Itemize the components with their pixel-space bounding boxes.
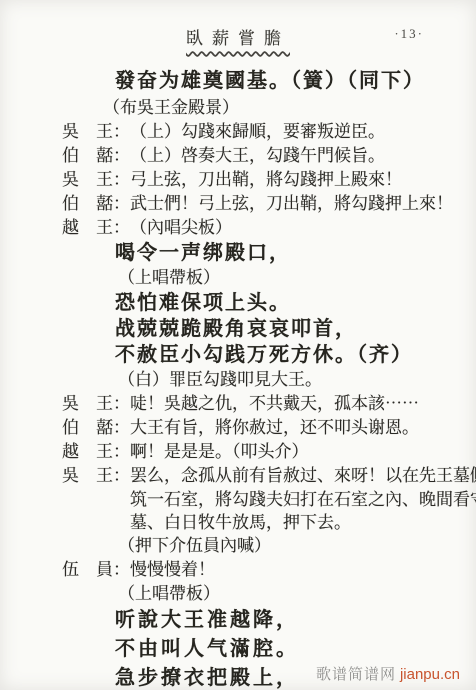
sung-line: 恐怕难保项上头。 xyxy=(0,290,476,316)
line-text: 不赦臣小勾践万死方休。（齐） xyxy=(115,344,413,366)
line-text: 啊！是是是。（叩头介） xyxy=(130,442,309,461)
script-line: 伯 嚭：（上）啓奏大王，勾踐午門候旨。 xyxy=(0,144,476,168)
script-line-continuation: 墓、白日牧牛放馬，押下去。 xyxy=(0,511,476,534)
sung-line: 不赦臣小勾践万死方休。（齐） xyxy=(0,342,476,368)
line-text: （上唱帶板） xyxy=(118,584,220,603)
line-text: （內唱尖板） xyxy=(130,218,232,237)
line-text: 唗！吳越之仇，不共戴天，孤本該⋯⋯ xyxy=(130,394,419,413)
line-text: 喝令一声绑殿口， xyxy=(115,242,291,264)
stage-direction: （白）罪臣勾踐叩見大王。 xyxy=(0,368,476,392)
script-line: 吳 王：弓上弦，刀出鞘，將勾踐押上殿來！ xyxy=(0,168,476,192)
line-text: 恐怕难保项上头。 xyxy=(115,292,291,314)
stage-direction: （布吳王金殿景） xyxy=(0,96,476,120)
speaker-label: 伍 員： xyxy=(62,558,130,582)
stage-direction: （上唱帶板） xyxy=(0,582,476,606)
line-text: （布吳王金殿景） xyxy=(103,98,239,117)
line-text: （上）啓奏大王，勾踐午門候旨。 xyxy=(130,146,385,165)
page-header: 臥薪嘗膽 ·13· xyxy=(0,24,476,58)
line-text: 武士們！弓上弦，刀出鞘，將勾踐押上來！ xyxy=(130,194,453,213)
script-line-continuation: 筑一石室，將勾踐夫妇打在石室之內、晚間看守坟 xyxy=(0,488,476,511)
watermark-site-name: 歌谱简谱网 xyxy=(316,666,396,683)
line-text: （上唱帶板） xyxy=(118,268,220,287)
script-line: 伍 員：慢慢慢着！ xyxy=(0,558,476,582)
line-text: 急步撩衣把殿上， xyxy=(115,667,299,689)
page-number: ·13· xyxy=(394,26,424,42)
speaker-label: 越 王： xyxy=(62,440,130,464)
line-text: 大王有旨，將你赦过，还不叩头谢恩。 xyxy=(130,418,419,437)
line-text: （白）罪臣勾踐叩見大王。 xyxy=(118,370,322,389)
sung-line: 听說大王准越降， xyxy=(0,606,476,635)
sung-line: 不由叫人气滿腔。 xyxy=(0,635,476,664)
watermark-link[interactable]: jianpu.cn xyxy=(400,666,460,683)
line-text: 筑一石室，將勾踐夫妇打在石室之內、晚間看守坟 xyxy=(130,490,476,509)
line-text: （押下介伍員內喊） xyxy=(118,536,271,555)
line-text: 听說大王准越降， xyxy=(115,609,299,631)
sung-line: 战兢兢跪殿角哀哀叩首， xyxy=(0,316,476,342)
line-text: 弓上弦，刀出鞘，將勾踐押上殿來！ xyxy=(130,170,402,189)
line-text: 發奋为雄奠國基。（簧）（同下） xyxy=(115,70,425,92)
script-line: 越 王：（內唱尖板） xyxy=(0,216,476,240)
script-line: 吳 王：唗！吳越之仇，不共戴天，孤本該⋯⋯ xyxy=(0,392,476,416)
speaker-label: 吳 王： xyxy=(62,464,130,488)
speaker-label: 吳 王： xyxy=(62,392,130,416)
script-page: 臥薪嘗膽 ·13· 發奋为雄奠國基。（簧）（同下） （布吳王金殿景） 吳 王：（… xyxy=(0,0,476,690)
script-line: 伯 嚭：武士們！弓上弦，刀出鞘，將勾踐押上來！ xyxy=(0,192,476,216)
script-line: 吳 王：（上）勾踐來歸順，要審叛逆臣。 xyxy=(0,120,476,144)
script-line: 越 王：啊！是是是。（叩头介） xyxy=(0,440,476,464)
script-line: 伯 嚭：大王有旨，將你赦过，还不叩头谢恩。 xyxy=(0,416,476,440)
script-line: 吳 王：罢么，念孤从前有旨赦过、來呀！以在先王墓側、 xyxy=(0,464,476,488)
speaker-label: 伯 嚭： xyxy=(62,144,130,168)
line-text: 慢慢慢着！ xyxy=(130,560,215,579)
line-text: 罢么，念孤从前有旨赦过、來呀！以在先王墓側、 xyxy=(130,466,476,485)
line-text: 墓、白日牧牛放馬，押下去。 xyxy=(130,513,351,532)
line-text: 不由叫人气滿腔。 xyxy=(115,638,299,660)
speaker-label: 伯 嚭： xyxy=(62,416,130,440)
watermark: 歌谱简谱网jianpu.cn xyxy=(316,663,460,684)
speaker-label: 吳 王： xyxy=(62,168,130,192)
speaker-label: 吳 王： xyxy=(62,120,130,144)
stage-direction: （押下介伍員內喊） xyxy=(0,534,476,558)
sung-line: 喝令一声绑殿口， xyxy=(0,240,476,266)
sung-line: 發奋为雄奠國基。（簧）（同下） xyxy=(0,66,476,96)
speaker-label: 越 王： xyxy=(62,216,130,240)
line-text: 战兢兢跪殿角哀哀叩首， xyxy=(115,318,357,340)
stage-direction: （上唱帶板） xyxy=(0,266,476,290)
speaker-label: 伯 嚭： xyxy=(62,192,130,216)
line-text: （上）勾踐來歸順，要審叛逆臣。 xyxy=(130,122,385,141)
